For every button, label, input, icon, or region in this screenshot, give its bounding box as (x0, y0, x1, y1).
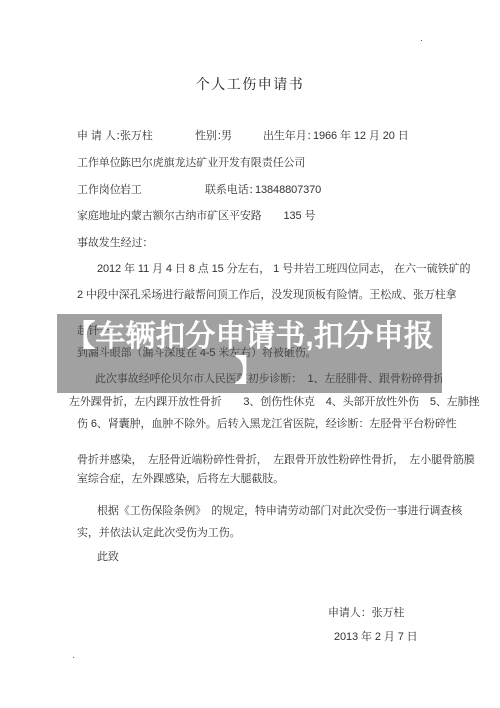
accident-line-5: 骨折并感染， 左胫骨近端粉碎性骨折， 左跟骨开放性粉碎性骨折， 左小腿骨筋膜 (77, 454, 475, 467)
phone-value: 13848807370 (255, 184, 321, 197)
accident-line-4: 伤 6、肾囊肿，血肿不除外。后转入黑龙江省医院，经诊断：左胫骨平台粉碎性 (77, 418, 457, 431)
signature-applicant-name: 张万柱 (372, 607, 405, 619)
signature-line: 申请人：张万柱 (328, 607, 404, 620)
employer-value: 陈巴尔虎旗龙达矿业开发有限责任公司 (120, 157, 305, 170)
stray-dot-top-right: . (420, 34, 423, 44)
watermark-text-line-1: 【车辆扣分申请书,扣分申报 (57, 321, 442, 353)
signature-applicant-label: 申请人： (328, 607, 372, 619)
accident-line-2: 2 中段中深孔采场进行敲帮问顶工作后，没发现顶板有险情。王松成、张万柱拿 (77, 289, 457, 302)
watermark-text-line-2: 】 (57, 356, 442, 388)
accident-line-1: 2012 年 11 月 4 日 8 点 15 分左右， 1 号井岩工班四位同志，… (97, 263, 470, 276)
birth-value: 1966 年 12 月 20 日 (313, 130, 409, 143)
watermark-banner: 起钎子 到漏斗眼部（漏斗深度在 4-5 米左右）将被砸伤。 此次事故经呼伦贝尔市… (57, 314, 442, 393)
stray-dot-bottom-left: · (72, 653, 75, 663)
address-value: 内蒙古额尔古纳市矿区平安路 135 号 (120, 210, 315, 223)
gender-value: 男 (221, 130, 232, 143)
signature-date: 2013 年 2 月 7 日 (334, 631, 418, 644)
applicant-value: 张万柱 (120, 130, 153, 143)
birth-label: 出生年月： (263, 130, 318, 143)
accident-line-6: 室综合症，左外踝感染，后将左大腿截肢。 (77, 473, 284, 486)
phone-label: 联系电话： (205, 184, 260, 197)
job-value: 岩工 (120, 184, 142, 197)
document-page: . 个人工伤申请书 申 请 人： 张万柱 性别： 男 出生年月： 1966 年 … (0, 0, 500, 708)
closing-line-2: 实，并依法认定此次受伤为工伤。 (77, 527, 241, 540)
closing-salute: 此致 (97, 551, 119, 564)
document-title: 个人工伤申请书 (0, 79, 500, 92)
incident-heading: 事故发生经过： (77, 237, 153, 250)
closing-line-1: 根据《工伤保险条例》 的规定，特申请劳动部门对此次受伤一事进行调查核 (97, 505, 462, 518)
accident-line-3: 左外踝骨折，左内踝开放性骨折 3、创伤性休克 4、头部开放性外伤 5、左肺挫 (69, 396, 479, 409)
